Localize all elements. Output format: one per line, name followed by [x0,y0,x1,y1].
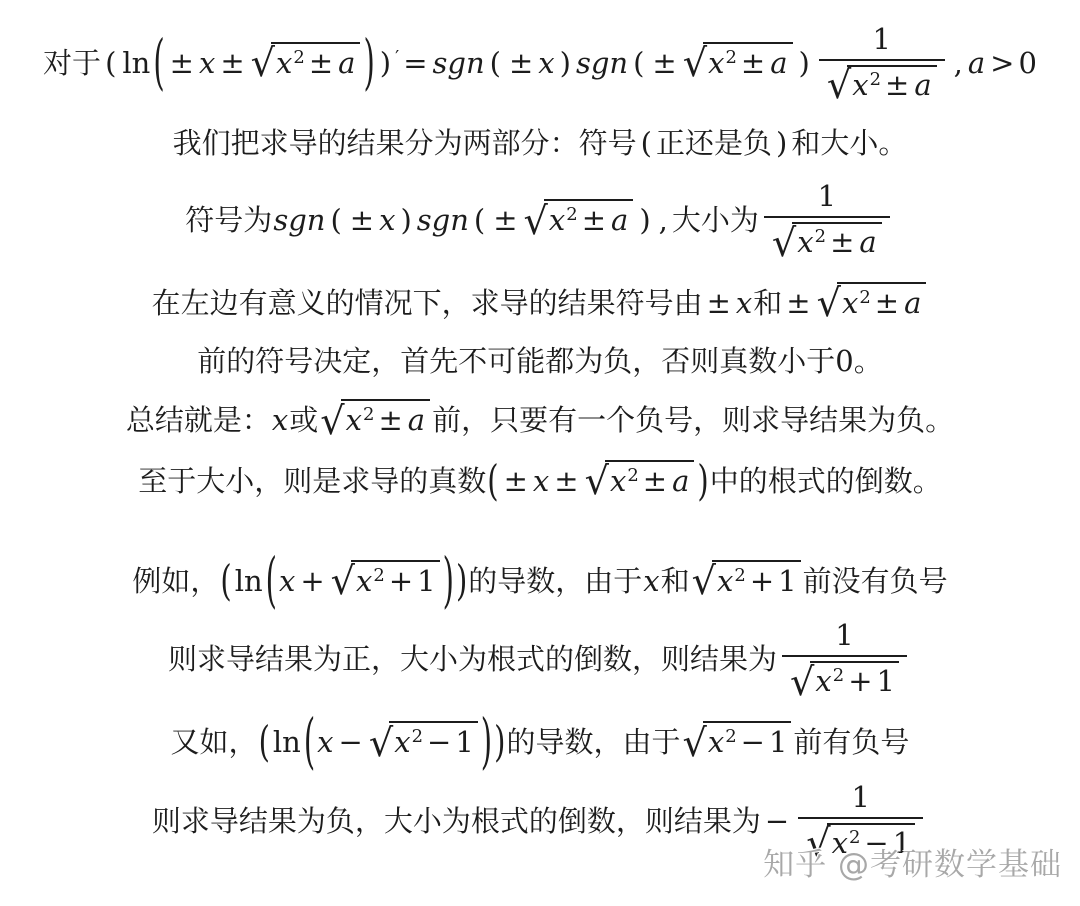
text-run: 则求导结果为正，大小为根式的倒数，则结果为 [168,642,777,676]
math-number: 1 [778,564,796,598]
fraction-denominator: √x2+1 [782,655,907,702]
math-italic: a [913,68,932,102]
text-run: 在左边有意义的情况下，求导的结果符号由 [152,286,703,320]
radicand: x2+1 [351,560,440,601]
math-italic: x [735,286,753,320]
sqrt-radical: √x2+1 [692,560,801,602]
text-run: 的导数，由于 [506,725,680,759]
sqrt-radical: √x2−1 [682,721,791,763]
sqrt-radical: √x2±a [585,460,695,502]
math-italic: x [378,203,396,237]
math-operator: ± [166,46,198,80]
math-roman: ln [120,46,152,80]
math-italic: x [355,564,373,598]
radicand: x2±a [544,199,633,240]
math-big-delimiter: ( [152,25,165,102]
math-operator: ± [500,464,532,498]
radicand: x2±a [792,222,881,260]
sign-determined-by-line: 在左边有意义的情况下，求导的结果符号由±x和±√x2±a [0,282,1080,324]
sqrt-radical: √x2±a [772,222,882,263]
superscript: 2 [725,726,736,747]
math-operator: + [296,564,328,598]
document-body: 对于(ln(±x±√x2±a))′=sgn(±x)sgn(±√x2±a)1√x2… [0,0,1080,863]
math-italic: x [642,564,660,598]
math-operator: ± [578,203,610,237]
superscript: 2 [363,404,374,425]
math-operator: ± [489,203,521,237]
math-italic: a [407,403,426,437]
math-operator: ± [346,203,378,237]
fraction: 1√x2+1 [782,620,907,702]
radicand: x2±a [837,282,926,323]
math-operator: − [761,804,793,838]
math-big-delimiter: ) [442,543,455,620]
math-italic: x [537,46,555,80]
math-operator: ± [639,464,671,498]
text-run: 或 [289,403,318,437]
radicand: x2+1 [712,560,801,601]
text-run: 至于大小，则是求导的真数 [138,464,486,498]
text-run: 和大小。 [791,126,907,160]
fraction-denominator: √x2±a [764,216,890,263]
math-big-delimiter: ( [219,554,232,609]
superscript: 2 [859,287,870,308]
sign-and-magnitude-formula: 符号为sgn(±x)sgn(±√x2±a),大小为1√x2±a [0,181,1080,263]
math-number: 1 [455,725,473,759]
sqrt-radical: √x2±a [251,42,361,84]
text-run: 的导数，由于 [468,564,642,598]
math-big-delimiter: ) [455,554,468,609]
math-operator: ) [396,203,415,237]
text-run: 总结就是： [126,403,271,437]
superscript: 2 [833,665,844,686]
math-operator: = [399,46,431,80]
radicand: x2−1 [703,721,792,762]
math-operator: − [335,725,367,759]
math-operator: ± [374,403,406,437]
math-big-delimiter: ) [480,704,493,781]
math-big-delimiter: ( [258,716,271,771]
example-positive-case: 例如，(ln(x+√x2+1))的导数，由于x和√x2+1前没有负号 [0,560,1080,602]
math-italic: x [532,464,550,498]
math-big-delimiter: ) [696,455,709,510]
math-operator: ± [550,464,582,498]
math-italic: a [967,46,986,80]
math-operator: ± [703,286,735,320]
sqrt-radical: √x2±a [524,199,634,241]
math-number: 1 [877,664,895,698]
text-run: 前的符号决定，首先不可能都为负，否则真数小于 [197,344,835,378]
math-italic: x [275,46,293,80]
radicand: x2+1 [810,661,899,699]
math-operator: ( [637,126,656,160]
main-derivative-formula: 对于(ln(±x±√x2±a))′=sgn(±x)sgn(±√x2±a)1√x2… [0,24,1080,106]
math-number: 1 [818,179,836,213]
math-italic: x [851,68,869,102]
math-big-delimiter: ( [265,543,278,620]
math-italic: x [609,464,627,498]
math-big-delimiter: ( [486,455,499,510]
fraction-numerator: 1 [825,620,863,655]
math-operator: ) [635,203,654,237]
superscript: 2 [293,47,304,68]
math-italic: x [271,403,289,437]
sqrt-radical: √x2−1 [369,721,478,763]
math-italic: a [903,286,922,320]
math-operator: − [737,725,769,759]
summary-negative-rule: 总结就是：x或√x2±a前，只要有一个负号，则求导结果为负。 [0,399,1080,441]
math-operator: + [385,564,417,598]
math-italic: a [769,46,788,80]
math-italic: x [548,203,566,237]
radicand: x2±a [605,460,694,501]
superscript: 2 [627,465,638,486]
math-italic: x [707,46,725,80]
math-operator: + [844,664,876,698]
math-big-delimiter: ) [362,25,375,102]
math-italic: x [198,46,216,80]
sqrt-radical: √x2±a [827,65,937,106]
math-operator: − [423,725,455,759]
fraction-denominator: √x2±a [819,59,945,106]
superscript: 2 [412,726,423,747]
zhihu-watermark: 知乎 @考研数学基础 [763,839,1062,884]
radicand: x2±a [341,399,430,440]
sqrt-radical: √x2±a [817,282,927,324]
text-run: 大小为 [672,203,759,237]
math-number: 1 [769,725,787,759]
math-italic: x [345,403,363,437]
fraction: 1√x2±a [764,181,890,263]
text-run: 又如， [171,725,258,759]
text-run: 中的根式的倒数。 [710,464,942,498]
math-operator: ( [470,203,489,237]
math-italic: x [278,564,296,598]
math-operator: ± [782,286,814,320]
math-number: 1 [417,564,435,598]
superscript: 2 [815,226,826,247]
math-operator: ± [737,46,769,80]
math-big-delimiter: ( [303,704,316,781]
math-big-delimiter: ) [493,716,506,771]
math-italic: sgn [432,46,486,80]
text-run: 正还是负 [656,126,772,160]
math-italic: sgn [416,203,470,237]
text-run: 我们把求导的结果分为两部分：符号 [173,126,637,160]
math-operator: , [655,203,672,237]
radicand: x2±a [271,42,360,83]
math-operator: ± [826,225,858,259]
math-operator: ( [629,46,648,80]
text-run: 对于 [43,46,101,80]
math-operator: ( [101,46,120,80]
text-run: 前有负号 [793,725,909,759]
math-operator: ( [326,203,345,237]
text-run: 前没有负号 [803,564,948,598]
math-italic: a [610,203,629,237]
sqrt-radical: √x2±a [683,42,793,84]
math-roman: ln [233,564,265,598]
math-operator: > [986,46,1018,80]
math-operator: ) [556,46,575,80]
math-number: 0 [1018,46,1036,80]
text-run: 例如， [132,564,219,598]
math-number: 1 [873,22,891,56]
math-operator: ( [486,46,505,80]
math-italic: sgn [272,203,326,237]
math-roman: ln [271,725,303,759]
math-operator: ± [505,46,537,80]
radicand: x2±a [703,42,792,83]
math-operator: ) [376,46,395,80]
example-positive-result: 则求导结果为正，大小为根式的倒数，则结果为1√x2+1 [0,620,1080,702]
sign-rule-continuation: 前的符号决定，首先不可能都为负，否则真数小于0。 [0,343,1080,381]
math-operator: + [746,564,778,598]
math-italic: x [316,725,334,759]
magnitude-reciprocal-rule: 至于大小，则是求导的真数(±x±√x2±a)中的根式的倒数。 [0,460,1080,502]
math-italic: x [716,564,734,598]
text-run: 符号为 [185,203,272,237]
math-italic: a [671,464,690,498]
superscript: 2 [725,47,736,68]
math-operator: ± [216,46,248,80]
radicand: x2−1 [389,721,478,762]
math-italic: a [858,225,877,259]
math-italic: x [393,725,411,759]
math-number: 0 [835,344,853,378]
sqrt-radical: √x2+1 [790,661,899,702]
math-operator: ± [881,68,913,102]
explain-two-parts: 我们把求导的结果分为两部分：符号(正还是负)和大小。 [0,125,1080,163]
fraction: 1√x2±a [819,24,945,106]
math-italic: x [796,225,814,259]
math-number: 1 [835,618,853,652]
text-run: 和 [661,564,690,598]
math-italic: x [841,286,859,320]
math-operator: ) [795,46,814,80]
math-italic: x [814,664,832,698]
math-number: 1 [851,780,869,814]
math-italic: sgn [575,46,629,80]
fraction-numerator: 1 [863,24,901,59]
math-operator: ± [871,286,903,320]
math-operator: ± [305,46,337,80]
math-italic: x [707,725,725,759]
superscript: 2 [734,565,745,586]
sqrt-radical: √x2±a [320,399,430,441]
text-run: 则求导结果为负，大小为根式的倒数，则结果为 [152,804,761,838]
math-italic: a [337,46,356,80]
math-operator: ± [648,46,680,80]
fraction-numerator: 1 [808,181,846,216]
math-operator: ) [772,126,791,160]
superscript: 2 [373,565,384,586]
fraction-numerator: 1 [841,782,879,817]
sqrt-radical: √x2+1 [331,560,440,602]
superscript: 2 [566,204,577,225]
text-run: 前，只要有一个负号，则求导结果为负。 [432,403,954,437]
text-run: 和 [753,286,782,320]
example-negative-case: 又如，(ln(x−√x2−1))的导数，由于√x2−1前有负号 [0,721,1080,763]
text-run: 。 [854,344,883,378]
superscript: 2 [870,69,881,90]
math-operator: , [950,46,967,80]
radicand: x2±a [847,65,936,103]
